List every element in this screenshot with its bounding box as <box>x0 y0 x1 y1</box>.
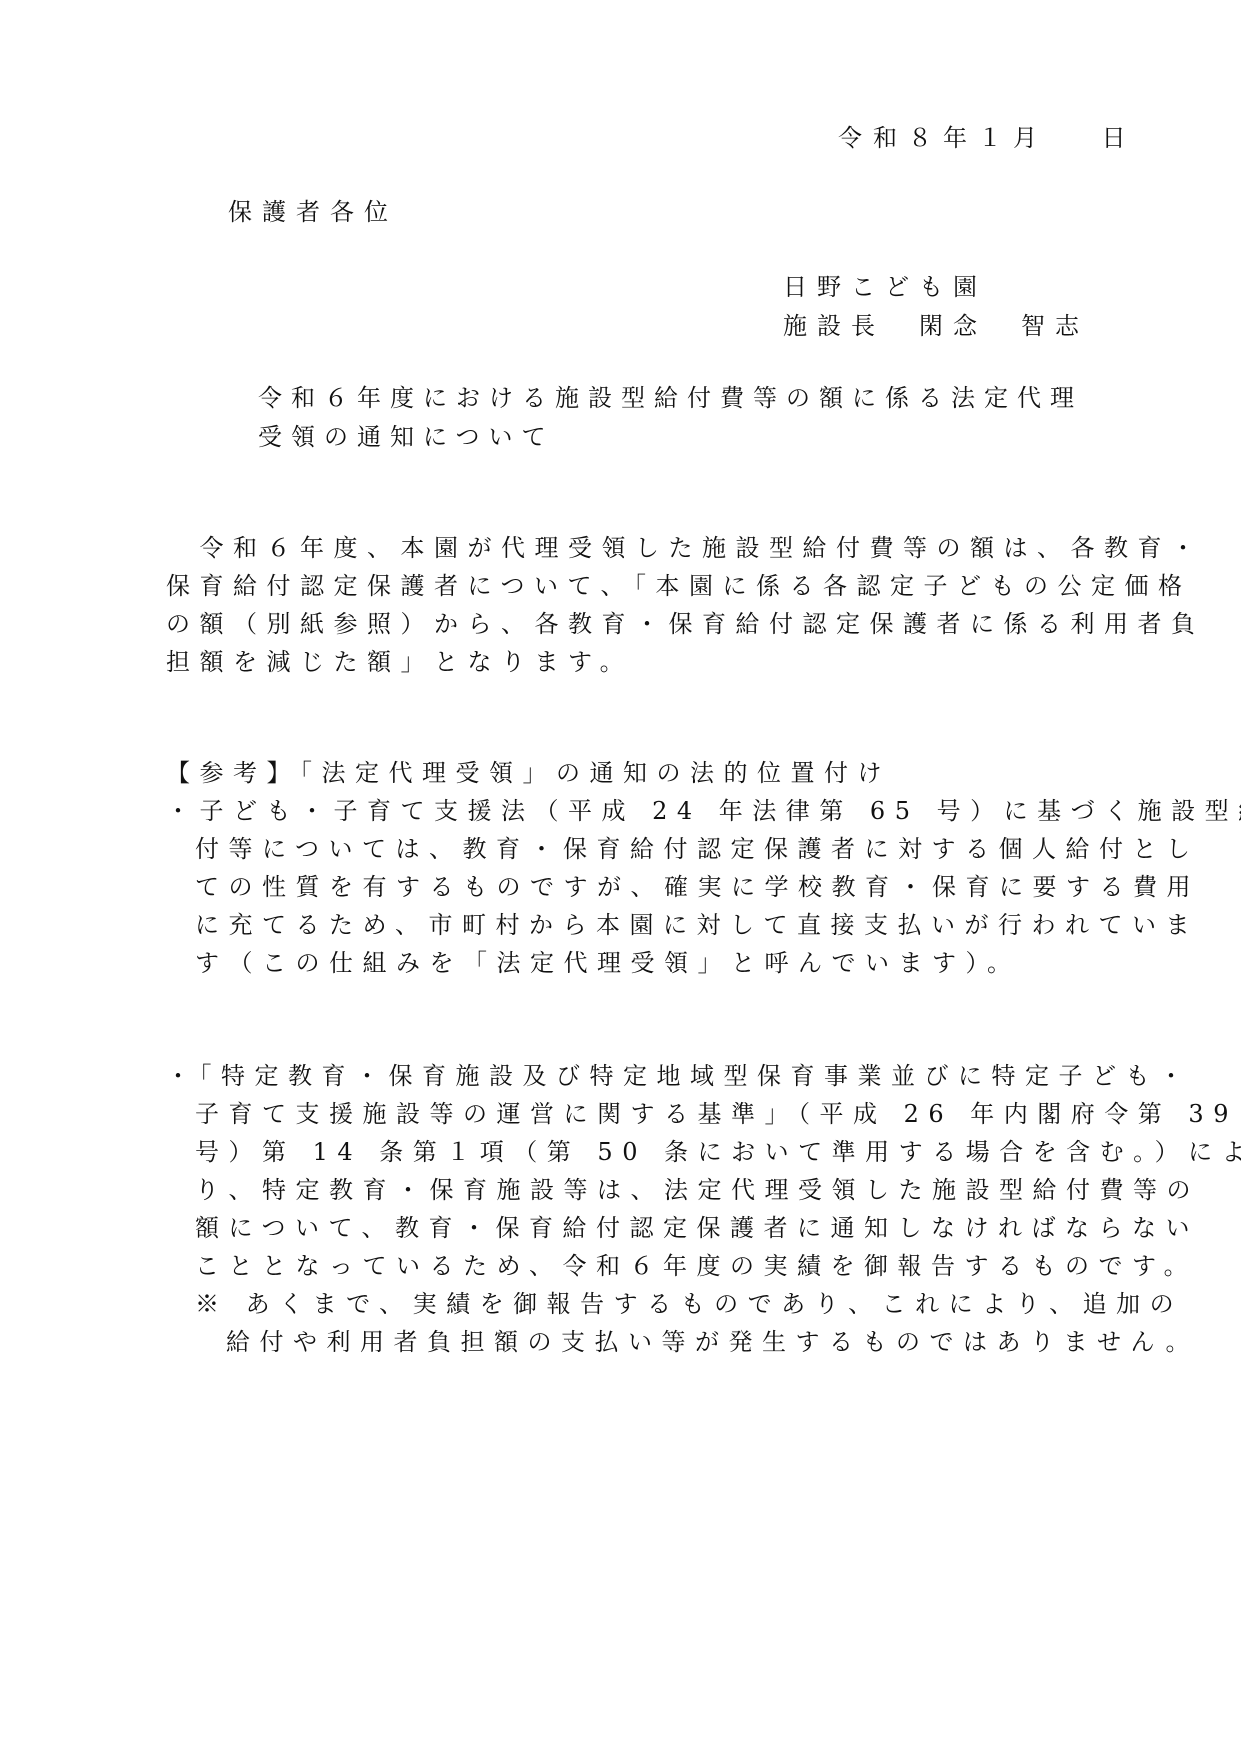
sender-head: 施設長 閑念 智志 <box>783 310 1089 342</box>
reference-item2-line: こととなっているため、令和６年度の実績を御報告するものです。 <box>195 1250 1197 1282</box>
body-line: 保育給付認定保護者について、「本園に係る各認定子どもの公定価格 <box>166 570 1192 602</box>
body-line: 令和６年度、本園が代理受領した施設型給付費等の額は、各教育・ <box>166 532 1205 564</box>
reference-item2-line: 子育て支援施設等の運営に関する基準」（平成 26 年内閣府令第 39 <box>195 1098 1238 1130</box>
document-date: 令和８年１月 日 <box>838 122 1137 154</box>
addressee: 保護者各位 <box>228 196 398 228</box>
body-line: 担額を減じた額」となります。 <box>166 646 633 678</box>
document-title-line-1: 令和６年度における施設型給付費等の額に係る法定代理 <box>258 382 1083 414</box>
document-title-line-2: 受領の通知について <box>258 421 555 453</box>
reference-item1-line: に充てるため、市町村から本園に対して直接支払いが行われていま <box>195 909 1199 941</box>
reference-item1-line: ての性質を有するものですが、確実に学校教育・保育に要する費用 <box>195 871 1200 903</box>
body-line: の額（別紙参照）から、各教育・保育給付認定保護者に係る利用者負 <box>166 608 1205 640</box>
reference-heading: 【参考】「法定代理受領」の通知の法的位置付け <box>166 757 891 789</box>
reference-item1-line: す（この仕組みを「法定代理受領」と呼んでいます）。 <box>195 947 1021 979</box>
sender-organization: 日野こども園 <box>783 271 987 303</box>
reference-item2-line: 号）第 14 条第１項（第 50 条において準用する場合を含む。）によ <box>195 1136 1241 1168</box>
reference-item1-line: 付等については、教育・保育給付認定保護者に対する個人給付とし <box>195 833 1200 865</box>
reference-note-line: ※ あくまで、実績を御報告するものであり、これにより、追加の <box>195 1288 1183 1320</box>
reference-item2-line: ・「特定教育・保育施設及び特定地域型保育事業並びに特定子ども・ <box>166 1060 1193 1092</box>
reference-item2-line: り、特定教育・保育施設等は、法定代理受領した施設型給付費等の <box>195 1174 1200 1206</box>
reference-item1-line: ・子ども・子育て支援法（平成 24 年法律第 65 号）に基づく施設型給 <box>166 795 1241 827</box>
reference-item2-line: 額について、教育・保育給付認定保護者に通知しなければならない <box>195 1212 1199 1244</box>
reference-note-line: 給付や利用者負担額の支払い等が発生するものではありません。 <box>226 1326 1199 1358</box>
